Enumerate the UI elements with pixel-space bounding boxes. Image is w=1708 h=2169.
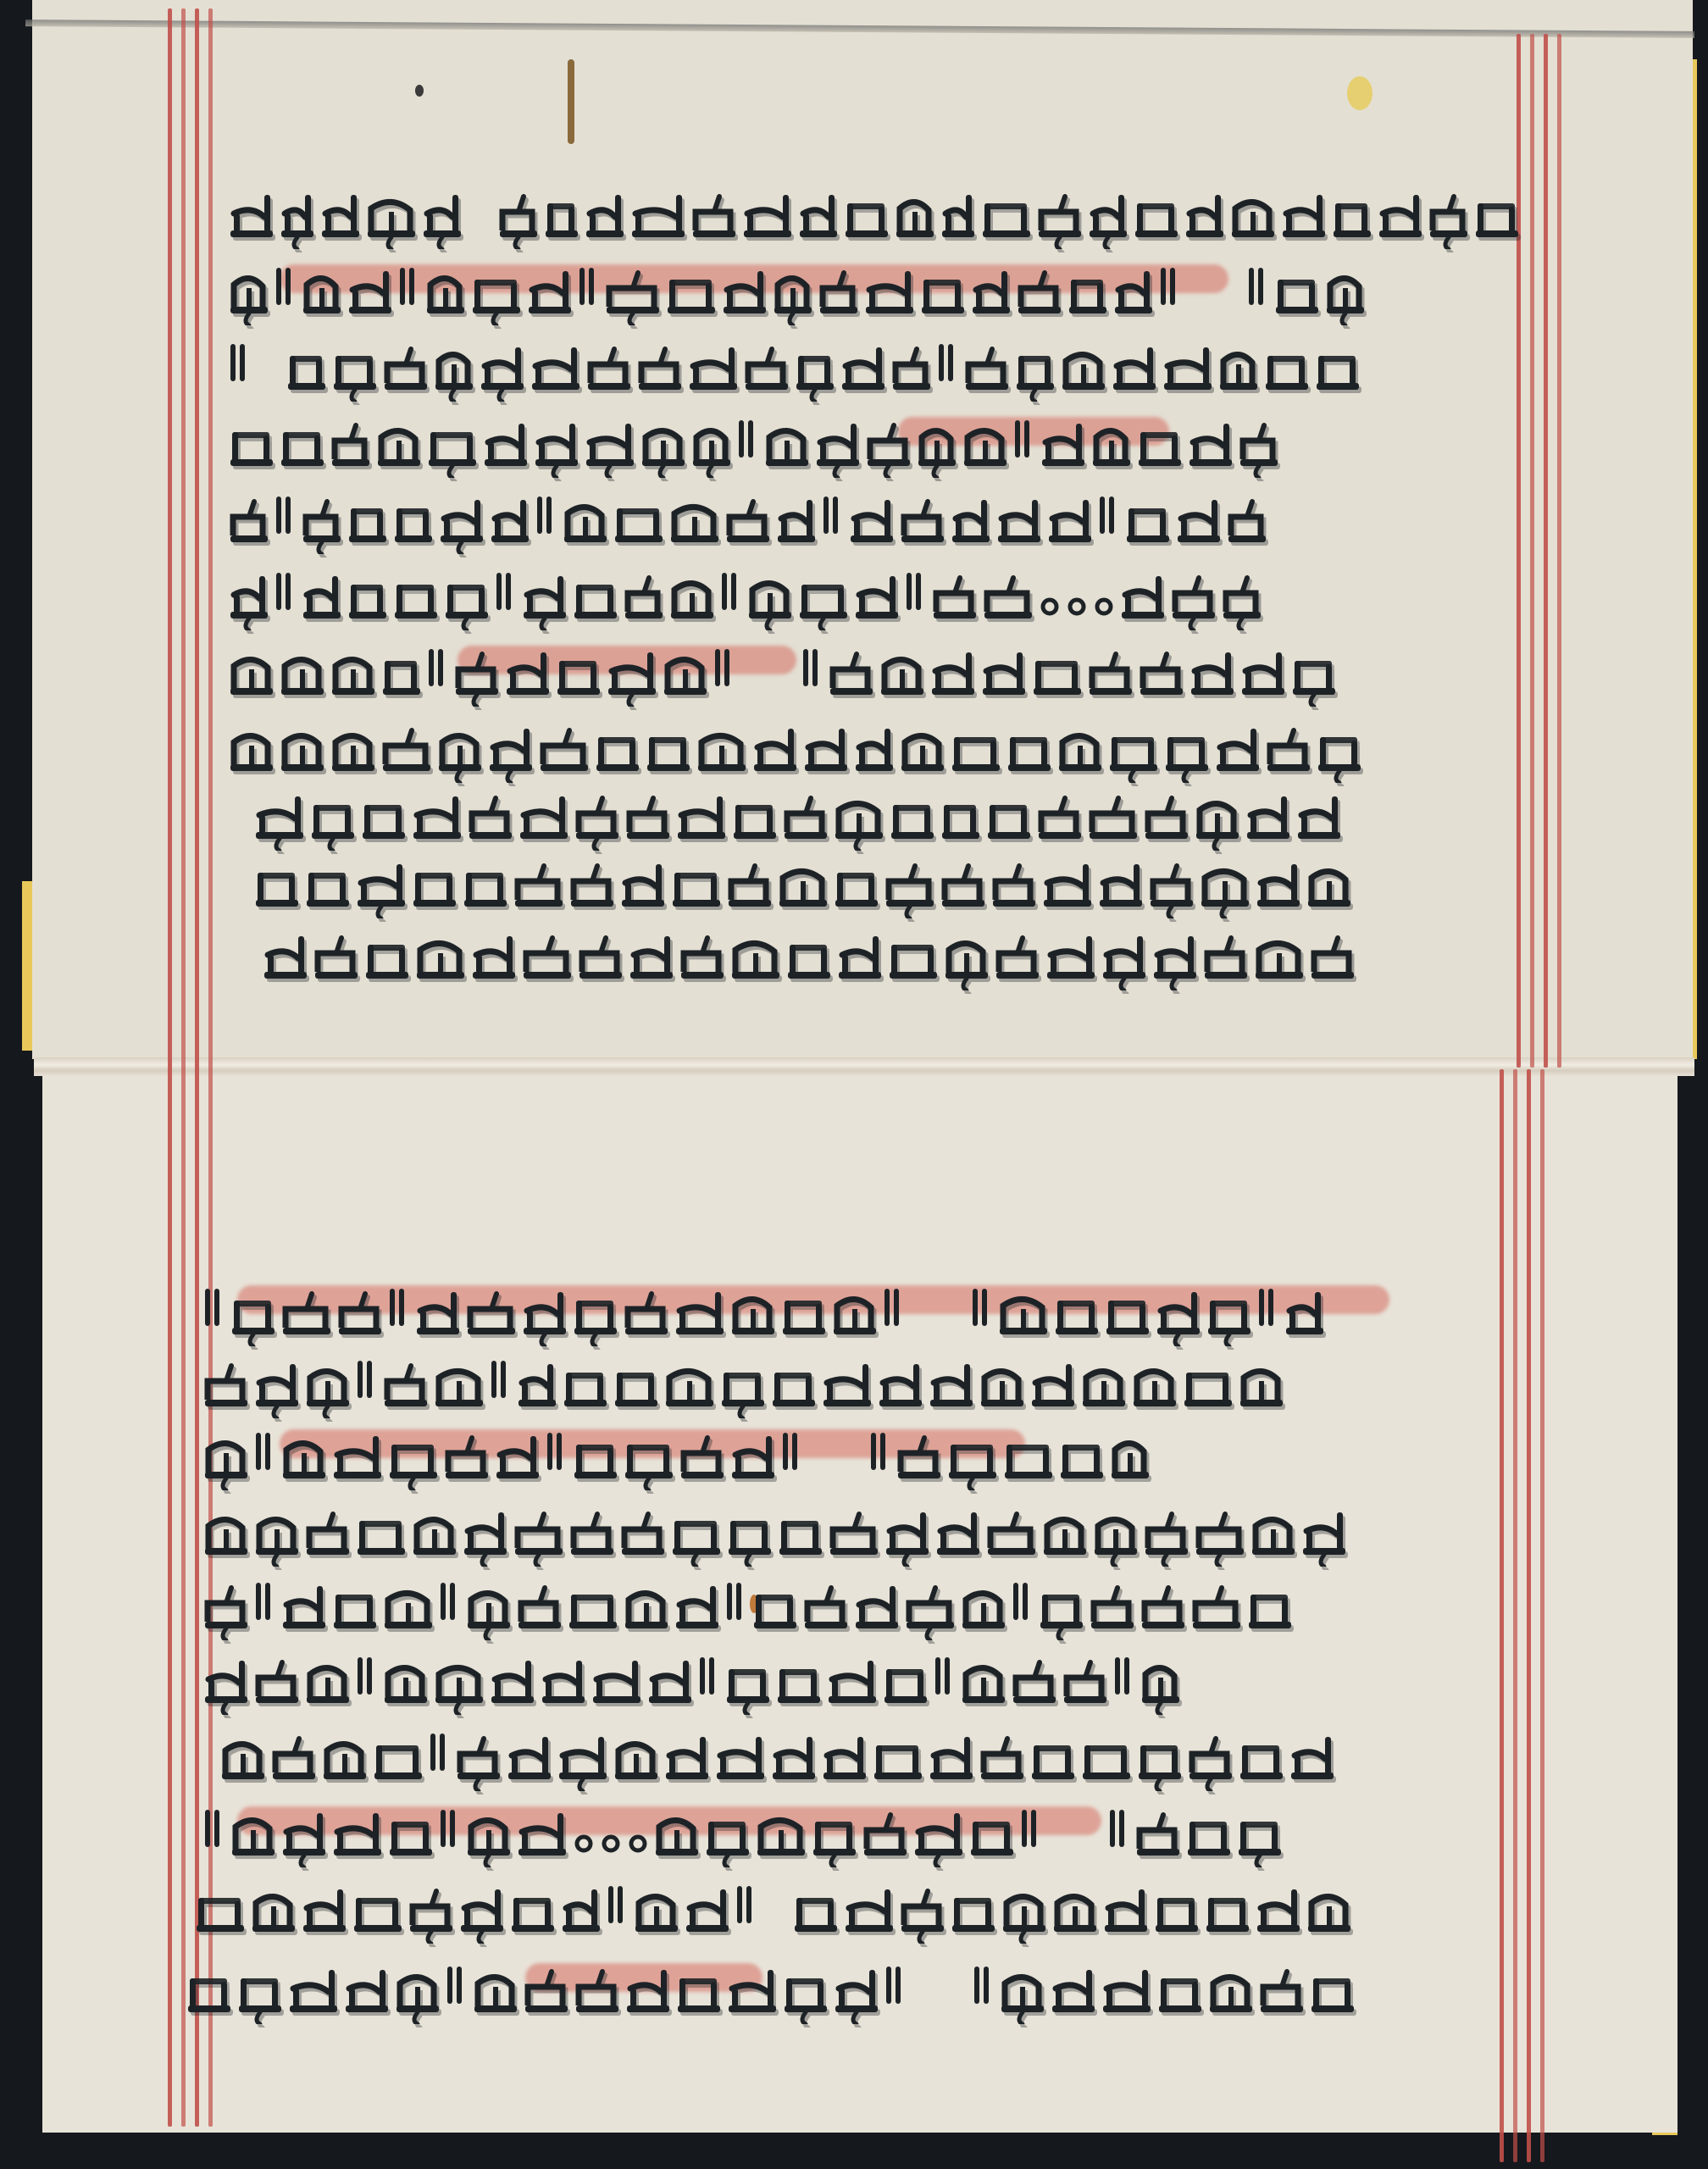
script-glyph	[505, 646, 551, 686]
danda-mark	[388, 1284, 407, 1326]
script-glyph	[229, 264, 269, 305]
script-glyph	[561, 1883, 602, 1923]
script-glyph	[574, 1963, 620, 2004]
red-ruling-line	[1544, 34, 1548, 1068]
script-glyph	[771, 1357, 817, 1398]
script-glyph	[578, 929, 624, 970]
script-glyph	[940, 790, 981, 830]
danda-mark	[1013, 415, 1032, 458]
top-text-line	[229, 313, 1366, 381]
script-glyph	[415, 929, 466, 970]
script-glyph	[356, 1506, 407, 1546]
script-glyph	[1098, 857, 1144, 898]
script-glyph	[932, 569, 978, 610]
script-glyph	[1195, 790, 1240, 830]
script-glyph	[322, 1730, 368, 1771]
script-glyph	[837, 929, 883, 970]
script-glyph	[995, 929, 1040, 970]
script-glyph	[302, 1883, 347, 1923]
script-glyph	[1125, 493, 1171, 534]
script-glyph	[254, 1357, 300, 1398]
danda-mark	[254, 1578, 273, 1620]
script-glyph	[557, 1730, 608, 1771]
script-glyph	[586, 341, 632, 381]
danda-mark	[1098, 491, 1117, 534]
script-glyph	[900, 722, 945, 763]
script-glyph	[1247, 1579, 1293, 1620]
script-glyph	[812, 1806, 857, 1847]
danda-mark	[274, 568, 293, 610]
script-glyph	[332, 341, 378, 381]
circle-mark	[600, 1806, 622, 1847]
script-glyph	[832, 1285, 878, 1326]
script-glyph	[203, 1506, 249, 1546]
page-fold	[34, 1057, 1694, 1076]
script-glyph	[302, 264, 342, 305]
top-text-line	[229, 466, 1273, 534]
script-glyph	[986, 1506, 1037, 1546]
script-glyph	[1378, 188, 1423, 229]
danda-mark	[398, 263, 417, 305]
script-glyph	[624, 1579, 669, 1620]
script-glyph	[263, 929, 308, 970]
script-glyph	[1030, 1357, 1076, 1398]
danda-mark	[1108, 1805, 1127, 1847]
script-glyph	[281, 1429, 327, 1470]
script-glyph	[1157, 1963, 1203, 2004]
script-glyph	[305, 1357, 351, 1398]
script-glyph	[929, 1730, 974, 1771]
script-glyph	[388, 1429, 439, 1470]
script-glyph	[613, 1357, 659, 1398]
danda-mark	[735, 1881, 754, 1923]
danda-mark	[495, 568, 513, 610]
script-glyph	[468, 790, 513, 830]
script-glyph	[884, 857, 935, 898]
script-glyph	[786, 929, 832, 970]
script-glyph	[459, 1883, 505, 1923]
script-glyph	[829, 646, 874, 686]
script-glyph	[517, 1806, 568, 1847]
script-glyph	[664, 1730, 710, 1771]
script-glyph	[646, 722, 691, 763]
script-glyph	[313, 929, 359, 970]
script-glyph	[964, 341, 1010, 381]
script-glyph	[1171, 569, 1217, 610]
bottom-text-line	[203, 1402, 1156, 1470]
danda-mark	[203, 1284, 222, 1326]
script-glyph	[286, 341, 327, 381]
script-glyph	[366, 188, 417, 229]
danda-mark	[973, 1961, 991, 2004]
script-glyph	[229, 493, 269, 534]
yellow-stain	[1347, 76, 1372, 110]
script-glyph	[347, 569, 388, 610]
danda-mark	[883, 1284, 901, 1326]
script-glyph	[727, 857, 773, 898]
script-glyph	[1188, 417, 1234, 458]
script-glyph	[1215, 722, 1261, 763]
script-glyph	[1052, 1883, 1098, 1923]
script-glyph	[720, 1357, 766, 1398]
script-glyph	[1256, 857, 1301, 898]
script-glyph	[393, 569, 439, 610]
script-glyph	[1310, 929, 1356, 970]
script-glyph	[679, 1429, 725, 1470]
script-glyph	[1144, 790, 1189, 830]
script-glyph	[929, 1357, 974, 1398]
script-glyph	[620, 857, 666, 898]
script-glyph	[1101, 929, 1147, 970]
danda-mark	[698, 1652, 717, 1695]
script-glyph	[229, 722, 274, 763]
script-glyph	[1140, 1579, 1186, 1620]
script-glyph	[1042, 1506, 1088, 1546]
script-glyph	[522, 569, 568, 610]
script-glyph	[539, 722, 590, 763]
script-glyph	[254, 790, 305, 830]
script-glyph	[998, 1285, 1049, 1326]
script-glyph	[412, 790, 463, 830]
script-glyph	[281, 1806, 327, 1847]
script-glyph	[1250, 1506, 1296, 1546]
script-glyph	[490, 1654, 535, 1695]
script-glyph	[1240, 646, 1286, 686]
script-glyph	[1188, 1730, 1234, 1771]
script-glyph	[1137, 1730, 1183, 1771]
script-glyph	[979, 1357, 1025, 1398]
script-glyph	[483, 417, 529, 458]
danda-mark	[934, 1652, 952, 1695]
script-glyph	[803, 1579, 849, 1620]
script-glyph	[969, 1806, 1015, 1847]
script-glyph	[1137, 417, 1183, 458]
script-glyph	[522, 929, 573, 970]
script-glyph	[730, 929, 781, 970]
script-glyph	[1101, 1963, 1152, 2004]
top-text-line	[229, 390, 1284, 458]
script-glyph	[1254, 929, 1305, 970]
script-glyph	[383, 1357, 429, 1398]
script-glyph	[866, 417, 912, 458]
script-glyph	[507, 1730, 552, 1771]
script-glyph	[1144, 1506, 1189, 1546]
script-glyph	[669, 569, 715, 610]
script-glyph	[471, 929, 517, 970]
top-text-line	[229, 619, 1342, 686]
script-glyph	[1081, 1730, 1132, 1771]
bottom-text-line	[203, 1330, 1289, 1398]
script-glyph	[1093, 1506, 1139, 1546]
danda-mark	[713, 644, 732, 686]
script-glyph	[776, 493, 817, 534]
script-glyph	[935, 1506, 981, 1546]
script-glyph	[466, 1806, 512, 1847]
script-glyph	[527, 264, 573, 305]
danda-mark	[971, 1284, 990, 1326]
script-glyph	[900, 493, 945, 534]
red-ruling-line	[1540, 1069, 1544, 2162]
script-glyph	[1200, 857, 1250, 898]
script-glyph	[624, 1429, 674, 1470]
script-glyph	[1306, 1883, 1352, 1923]
script-glyph	[1306, 857, 1352, 898]
script-glyph	[991, 857, 1037, 898]
danda-mark	[822, 491, 840, 534]
script-glyph	[844, 1883, 895, 1923]
script-glyph	[1284, 1285, 1325, 1326]
script-glyph	[1206, 1285, 1252, 1326]
script-glyph	[890, 790, 935, 830]
script-glyph	[685, 1883, 730, 1923]
script-glyph	[944, 929, 990, 970]
danda-mark	[254, 1428, 273, 1470]
script-glyph	[849, 493, 895, 534]
script-glyph	[1230, 188, 1276, 229]
script-glyph	[1296, 790, 1342, 830]
danda-mark	[1159, 263, 1178, 305]
script-glyph	[844, 188, 890, 229]
script-glyph	[613, 493, 664, 534]
script-glyph	[471, 264, 522, 305]
script-glyph	[488, 722, 534, 763]
script-glyph	[1108, 722, 1159, 763]
script-glyph	[1042, 857, 1093, 898]
script-glyph	[1006, 722, 1052, 763]
script-glyph	[422, 188, 463, 229]
red-ruling-line	[1500, 1069, 1504, 2162]
script-glyph	[1149, 857, 1195, 898]
top-text-line	[263, 902, 1361, 970]
script-glyph	[229, 569, 269, 610]
script-glyph	[951, 493, 991, 534]
script-glyph	[1090, 1579, 1135, 1620]
script-glyph	[280, 188, 315, 229]
script-glyph	[818, 264, 859, 305]
script-glyph	[1428, 188, 1469, 229]
script-glyph	[1259, 1963, 1305, 2004]
script-glyph	[854, 1579, 900, 1620]
script-glyph	[573, 1429, 618, 1470]
script-glyph	[1047, 493, 1093, 534]
script-glyph	[220, 1730, 266, 1771]
script-glyph	[563, 493, 608, 534]
script-glyph	[798, 569, 849, 610]
script-glyph	[573, 1285, 618, 1326]
script-glyph	[229, 417, 274, 458]
script-glyph	[1239, 1730, 1284, 1771]
script-glyph	[1164, 722, 1210, 763]
script-glyph	[983, 569, 1034, 610]
red-ruling-line	[1513, 1069, 1517, 2162]
script-glyph	[671, 857, 722, 898]
script-glyph	[556, 646, 602, 686]
script-glyph	[408, 1883, 454, 1923]
script-glyph	[624, 1285, 669, 1326]
red-ruling-line	[195, 8, 199, 2127]
script-glyph	[395, 1963, 441, 2004]
script-glyph	[744, 341, 790, 381]
script-glyph	[752, 722, 798, 763]
danda-mark	[781, 1428, 800, 1470]
ink-speck	[415, 85, 424, 97]
script-glyph	[1088, 188, 1128, 229]
script-glyph	[203, 1357, 249, 1398]
script-glyph	[1040, 417, 1086, 458]
script-glyph	[466, 1579, 512, 1620]
script-glyph	[1176, 493, 1222, 534]
script-glyph	[1003, 1429, 1054, 1470]
top-text-line	[229, 161, 1525, 229]
script-glyph	[444, 1429, 490, 1470]
script-glyph	[884, 1506, 930, 1546]
script-glyph	[1222, 569, 1262, 610]
script-glyph	[613, 1730, 659, 1771]
script-glyph	[1059, 1429, 1105, 1470]
danda-mark	[429, 1728, 447, 1771]
script-glyph	[1332, 188, 1372, 229]
script-glyph	[1239, 417, 1279, 458]
script-glyph	[732, 790, 778, 830]
brown-stain	[568, 59, 574, 144]
script-glyph	[573, 569, 618, 610]
script-glyph	[393, 493, 434, 534]
script-glyph	[356, 857, 407, 898]
danda-mark	[229, 339, 247, 381]
script-glyph	[1088, 790, 1139, 830]
script-glyph	[330, 722, 376, 763]
script-glyph	[854, 722, 895, 763]
script-glyph	[1091, 417, 1132, 458]
script-glyph	[330, 417, 371, 458]
circle-mark	[573, 1806, 595, 1847]
danda-mark	[535, 491, 554, 534]
script-glyph	[688, 341, 739, 381]
script-glyph	[280, 417, 325, 458]
script-glyph	[1140, 1654, 1181, 1695]
script-glyph	[383, 1579, 434, 1620]
danda-mark	[1113, 1652, 1132, 1695]
red-ruling-line	[1557, 34, 1561, 1068]
script-glyph	[427, 417, 478, 458]
script-glyph	[888, 929, 939, 970]
script-glyph	[1184, 188, 1225, 229]
script-glyph	[352, 1883, 403, 1923]
script-glyph	[1264, 341, 1310, 381]
script-glyph	[896, 1429, 942, 1470]
script-glyph	[640, 417, 686, 458]
script-glyph	[305, 1654, 351, 1695]
script-glyph	[1051, 1963, 1096, 2004]
script-glyph	[271, 1730, 317, 1771]
script-glyph	[203, 1654, 249, 1695]
script-glyph	[1113, 264, 1154, 305]
script-glyph	[829, 1506, 879, 1546]
red-ruling-line	[181, 8, 186, 2127]
script-glyph	[747, 569, 793, 610]
script-glyph	[281, 1285, 332, 1326]
script-glyph	[798, 188, 839, 229]
script-glyph	[864, 264, 915, 305]
script-glyph	[854, 569, 900, 610]
script-glyph	[1081, 1357, 1127, 1398]
script-glyph	[671, 1506, 722, 1546]
script-glyph	[940, 857, 986, 898]
script-glyph	[412, 857, 457, 898]
script-glyph	[310, 790, 356, 830]
circle-mark	[1066, 569, 1088, 610]
script-glyph	[388, 1806, 434, 1847]
script-glyph	[981, 188, 1032, 229]
script-glyph	[510, 1883, 556, 1923]
script-glyph	[607, 646, 657, 686]
script-glyph	[305, 857, 351, 898]
script-glyph	[674, 1579, 720, 1620]
script-glyph	[1154, 1883, 1200, 1923]
script-glyph	[1132, 1357, 1178, 1398]
script-glyph	[337, 1285, 383, 1326]
danda-mark	[1020, 1805, 1039, 1847]
script-glyph	[330, 646, 376, 686]
danda-mark	[356, 1652, 374, 1695]
bottom-text-line	[195, 1856, 1357, 1923]
danda-mark	[439, 1805, 457, 1847]
script-glyph	[630, 188, 686, 229]
danda-mark	[607, 1881, 625, 1923]
script-glyph	[1062, 1654, 1108, 1695]
script-glyph	[1017, 264, 1062, 305]
script-glyph	[1218, 341, 1259, 381]
script-glyph	[456, 1730, 502, 1771]
script-glyph	[1139, 646, 1184, 686]
script-glyph	[383, 1654, 429, 1695]
script-glyph	[696, 722, 747, 763]
script-glyph	[230, 1285, 276, 1326]
script-glyph	[1474, 188, 1520, 229]
script-glyph	[254, 1654, 300, 1695]
script-glyph	[495, 1429, 541, 1470]
script-glyph	[727, 1506, 773, 1546]
script-glyph	[815, 417, 861, 458]
script-glyph	[679, 929, 725, 970]
script-glyph	[591, 1654, 642, 1695]
danda-mark	[869, 1428, 888, 1470]
script-glyph	[625, 1963, 671, 2004]
danda-mark	[937, 339, 956, 381]
script-glyph	[930, 646, 976, 686]
script-glyph	[647, 1654, 693, 1695]
script-glyph	[1291, 646, 1337, 686]
danda-mark	[578, 263, 596, 305]
script-glyph	[654, 1806, 700, 1847]
script-glyph	[981, 646, 1027, 686]
danda-mark	[356, 1356, 374, 1398]
danda-mark	[737, 415, 756, 458]
script-glyph	[691, 188, 737, 229]
script-glyph	[1237, 1806, 1283, 1847]
script-glyph	[412, 1506, 457, 1546]
script-glyph	[1135, 1806, 1181, 1847]
script-glyph	[783, 1963, 829, 2004]
script-glyph	[669, 493, 720, 534]
script-glyph	[332, 1429, 383, 1470]
red-ruling-line	[1527, 1069, 1531, 2162]
script-glyph	[1301, 1506, 1347, 1546]
script-glyph	[676, 1963, 722, 2004]
script-glyph	[878, 1357, 923, 1398]
script-glyph	[280, 722, 325, 763]
script-glyph	[1039, 1579, 1084, 1620]
